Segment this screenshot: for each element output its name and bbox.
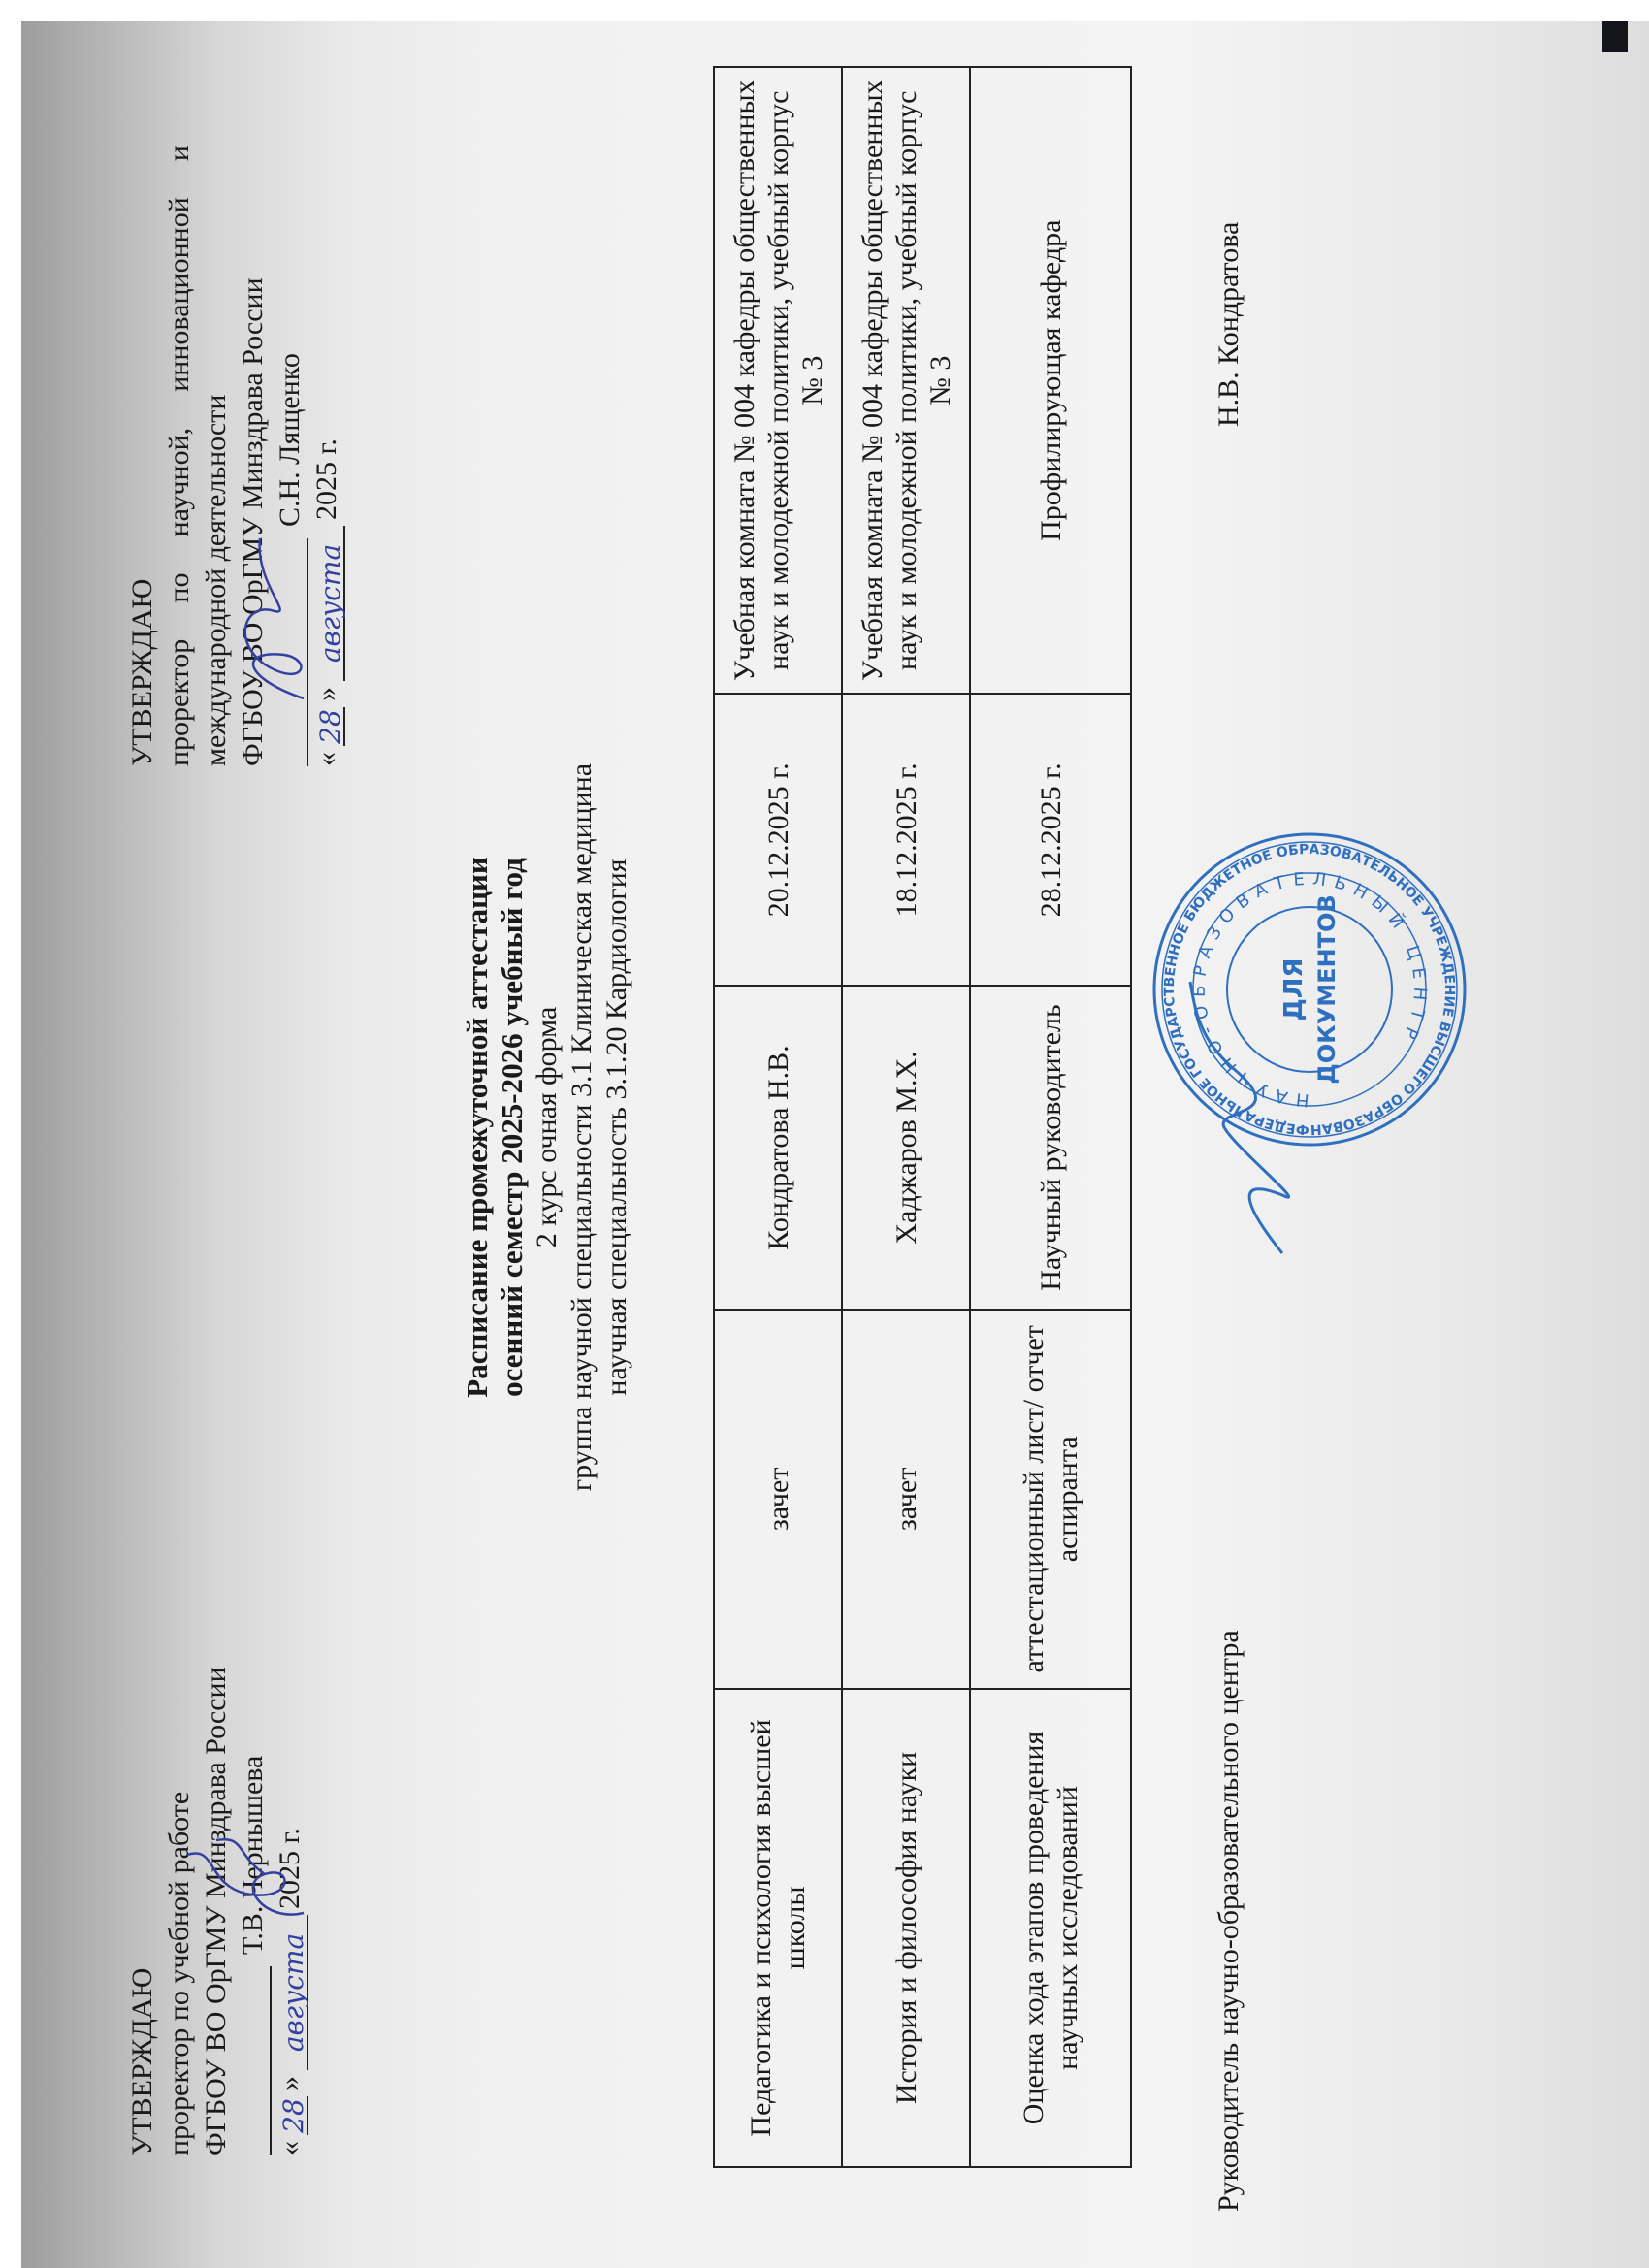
approval-heading: УТВЕРЖДАЮ: [124, 1554, 161, 2155]
approval-heading: УТВЕРЖДАЮ: [124, 146, 161, 766]
quote-open: «: [308, 752, 345, 766]
cell-location: Учебная комната № 004 кафедры общественн…: [714, 67, 842, 694]
document-semester: осенний семестр 2025-2026 учебный год: [495, 691, 530, 1564]
cell-date: 28.12.2025 г.: [970, 694, 1131, 986]
cell-location: Учебная комната № 004 кафедры общественн…: [842, 67, 970, 694]
rotated-document: УТВЕРЖДАЮ проректор по учебной работе ФГ…: [21, 21, 1622, 2243]
footer-position: Руководитель научно-образовательного цен…: [1212, 1630, 1245, 2212]
stamp-center-line2: ДОКУМЕНТОВ: [1313, 894, 1341, 1084]
approval-block-left: УТВЕРЖДАЮ проректор по учебной работе ФГ…: [124, 1554, 308, 2155]
date-month: августа: [275, 1915, 308, 2070]
cell-form: аттестационный лист/ отчет аспиранта: [970, 1310, 1131, 1689]
date-year: 2025 г.: [308, 438, 345, 520]
document-course: 2 курс очная форма: [530, 691, 565, 1564]
word: инновационной: [161, 197, 198, 392]
table-row: Педагогика и психология высшей школы зач…: [714, 67, 842, 2167]
word: проректор: [161, 639, 198, 766]
cell-discipline: История и философия науки: [842, 1689, 970, 2167]
footer-signatory: Н.В. Кондратова: [1212, 222, 1245, 427]
date-day: 28: [312, 707, 345, 746]
signature-scribble-icon: [216, 534, 323, 708]
cell-teacher: Хаджаров М.Х.: [842, 986, 970, 1309]
cell-form: зачет: [842, 1310, 970, 1689]
cell-date: 18.12.2025 г.: [842, 694, 970, 986]
signature-scribble-icon: [178, 1816, 323, 1932]
schedule-table: Педагогика и психология высшей школы зач…: [713, 66, 1132, 2168]
word: по: [161, 573, 198, 603]
cell-teacher: Научный руководитель: [970, 986, 1131, 1309]
table-row: История и философия науки зачет Хаджаров…: [842, 67, 970, 2167]
document-group: группа научной специальности 3.1 Клиниче…: [565, 691, 599, 1564]
word: научной,: [161, 428, 198, 537]
cell-form: зачет: [714, 1310, 842, 1689]
document-specialty: научная специальность 3.1.20 Кардиология: [599, 691, 634, 1564]
word: и: [161, 146, 198, 161]
approval-position: проректор по научной, инновационной и: [161, 146, 198, 766]
cell-teacher: Кондратова Н.В.: [714, 986, 842, 1309]
quote-open: «: [272, 2141, 308, 2155]
document-title: Расписание промежуточной аттестации: [460, 691, 495, 1564]
date-day: 28: [275, 2096, 308, 2135]
document-title-block: Расписание промежуточной аттестации осен…: [460, 691, 634, 1564]
signatory-name: С.Н. Лященко: [272, 353, 308, 527]
cell-location: Профилирующая кафедра: [970, 67, 1131, 694]
footer-signature-icon: [1176, 972, 1311, 1263]
approval-block-right: УТВЕРЖДАЮ проректор по научной, инноваци…: [124, 146, 345, 766]
signature-line: [239, 1966, 272, 2155]
quote-close: »: [272, 2076, 308, 2090]
cell-discipline: Педагогика и психология высшей школы: [714, 1689, 842, 2167]
cell-discipline: Оценка хода этапов проведения научных ис…: [970, 1689, 1131, 2167]
cell-date: 20.12.2025 г.: [714, 694, 842, 986]
table-row: Оценка хода этапов проведения научных ис…: [970, 67, 1131, 2167]
